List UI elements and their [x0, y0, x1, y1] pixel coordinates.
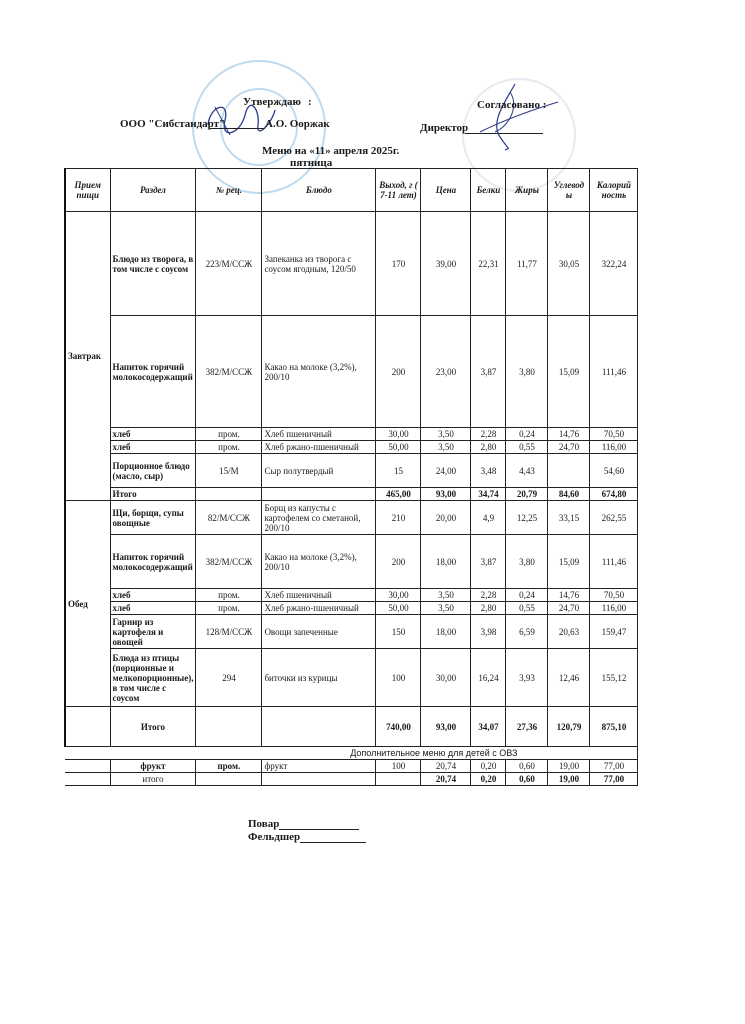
- price-cell: 18,00: [421, 615, 471, 649]
- dish-cell: Хлеб ржано-пшеничный: [262, 441, 376, 454]
- table-row: Порционное блюдо (масло, сыр)15/МСыр пол…: [65, 454, 638, 488]
- section-cell: Порционное блюдо (масло, сыр): [110, 454, 196, 488]
- lunch-section: ОбедЩи, борщи, супы овощные82/М/ССЖБорщ …: [65, 501, 638, 747]
- protein-cell: 3,87: [471, 535, 506, 589]
- table-row: хлебпром.Хлеб ржано-пшеничный50,003,502,…: [65, 602, 638, 615]
- cook-signature-line: Повар: [248, 818, 359, 830]
- yield-cell: 170: [376, 212, 421, 316]
- table-row: Гарнир из картофеля и овощей128/М/ССЖОво…: [65, 615, 638, 649]
- total-calories: 674,80: [590, 488, 638, 501]
- approve-label: Утверждаю: [243, 96, 301, 108]
- fat-cell: 0,24: [506, 428, 548, 441]
- empty-cell: [262, 488, 376, 501]
- carbs-cell: 33,15: [548, 501, 590, 535]
- total-fat: 0,60: [506, 773, 548, 786]
- carbs-cell: 24,70: [548, 441, 590, 454]
- carbs-cell: 14,76: [548, 428, 590, 441]
- empty-cell: [65, 760, 110, 773]
- table-row: ЗавтракБлюдо из творога, в том числе с с…: [65, 212, 638, 316]
- total-carbs: 84,60: [548, 488, 590, 501]
- fat-cell: 3,80: [506, 316, 548, 428]
- section-cell: Блюда из птицы (порционные и мелкопорцио…: [110, 649, 196, 707]
- recipe-cell: 382/М/ССЖ: [196, 316, 262, 428]
- yield-cell: 200: [376, 535, 421, 589]
- calories-cell: 70,50: [590, 589, 638, 602]
- dish-cell: Запеканка из творога с соусом ягодным, 1…: [262, 212, 376, 316]
- table-header-row: Прием пищи Раздел № рец. Блюдо Выход, г …: [65, 169, 638, 212]
- empty-cell: [376, 773, 421, 786]
- yield-cell: 30,00: [376, 428, 421, 441]
- section-cell: Щи, борщи, супы овощные: [110, 501, 196, 535]
- menu-title: Меню на «11» апреля 2025г.: [262, 145, 399, 157]
- calories-cell: 116,00: [590, 441, 638, 454]
- recipe-cell: 128/М/ССЖ: [196, 615, 262, 649]
- empty-cell: [196, 773, 262, 786]
- calories-cell: 70,50: [590, 428, 638, 441]
- agreed-label: Согласовано :: [477, 99, 546, 111]
- carbs-cell: [548, 454, 590, 488]
- fat-cell: 6,59: [506, 615, 548, 649]
- yield-cell: 15: [376, 454, 421, 488]
- approver-sign-line: [210, 128, 265, 129]
- breakfast-section: ЗавтракБлюдо из творога, в том числе с с…: [65, 212, 638, 501]
- dish-cell: Хлеб пшеничный: [262, 428, 376, 441]
- total-row: Итого465,0093,0034,7420,7984,60674,80: [65, 488, 638, 501]
- table-row: хлебпром.Хлеб пшеничный30,003,502,280,24…: [65, 428, 638, 441]
- empty-cell: [262, 773, 376, 786]
- carbs-cell: 24,70: [548, 602, 590, 615]
- calories-cell: 159,47: [590, 615, 638, 649]
- fat-cell: 12,25: [506, 501, 548, 535]
- price-cell: 3,50: [421, 602, 471, 615]
- total-label: Итого: [110, 488, 196, 501]
- dish-cell: Хлеб ржано-пшеничный: [262, 602, 376, 615]
- dish-cell: Борщ из капусты с картофелем со сметаной…: [262, 501, 376, 535]
- protein-cell: 2,28: [471, 428, 506, 441]
- total-fat: 20,79: [506, 488, 548, 501]
- fat-cell: 3,80: [506, 535, 548, 589]
- col-price: Цена: [421, 169, 471, 212]
- total-label: итого: [110, 773, 196, 786]
- fat-cell: 0,55: [506, 602, 548, 615]
- protein-cell: 3,98: [471, 615, 506, 649]
- col-meal: Прием пищи: [65, 169, 110, 212]
- col-dish: Блюдо: [262, 169, 376, 212]
- carbs-cell: 30,05: [548, 212, 590, 316]
- calories-cell: 111,46: [590, 316, 638, 428]
- yield-cell: 50,00: [376, 602, 421, 615]
- approver-name: А.О. Ооржак: [265, 118, 330, 130]
- carbs-cell: 14,76: [548, 589, 590, 602]
- total-yield: 740,00: [376, 707, 421, 747]
- carbs-cell: 19,00: [548, 760, 590, 773]
- price-cell: 3,50: [421, 441, 471, 454]
- price-cell: 24,00: [421, 454, 471, 488]
- empty-cell: [262, 707, 376, 747]
- empty-cell: [196, 488, 262, 501]
- carbs-cell: 15,09: [548, 535, 590, 589]
- extra-menu-section: Дополнительное меню для детей с ОВЗфрукт…: [65, 747, 638, 786]
- dish-cell: Сыр полутвердый: [262, 454, 376, 488]
- section-cell: Напиток горячий молокосодержащий: [110, 535, 196, 589]
- yield-cell: 30,00: [376, 589, 421, 602]
- medic-signature-line: Фельдшер: [248, 831, 366, 843]
- protein-cell: 3,48: [471, 454, 506, 488]
- menu-table: Прием пищи Раздел № рец. Блюдо Выход, г …: [64, 168, 638, 786]
- dish-cell: Хлеб пшеничный: [262, 589, 376, 602]
- recipe-cell: 15/М: [196, 454, 262, 488]
- table-row: Блюда из птицы (порционные и мелкопорцио…: [65, 649, 638, 707]
- empty-cell: [65, 707, 110, 747]
- total-carbs: 120,79: [548, 707, 590, 747]
- calories-cell: 54,60: [590, 454, 638, 488]
- total-row: Итого740,0093,0034,0727,36120,79875,10: [65, 707, 638, 747]
- table-row: Напиток горячий молокосодержащий382/М/СС…: [65, 535, 638, 589]
- price-cell: 20,00: [421, 501, 471, 535]
- total-fat: 27,36: [506, 707, 548, 747]
- calories-cell: 116,00: [590, 602, 638, 615]
- price-cell: 23,00: [421, 316, 471, 428]
- col-carbs: Углевод ы: [548, 169, 590, 212]
- section-cell: хлеб: [110, 589, 196, 602]
- recipe-cell: 382/М/ССЖ: [196, 535, 262, 589]
- director-signature: [470, 82, 560, 152]
- table-row: ОбедЩи, борщи, супы овощные82/М/ССЖБорщ …: [65, 501, 638, 535]
- recipe-cell: 294: [196, 649, 262, 707]
- total-yield: 465,00: [376, 488, 421, 501]
- price-cell: 3,50: [421, 428, 471, 441]
- col-recipe: № рец.: [196, 169, 262, 212]
- total-row: итого20,740,200,6019,0077,00: [65, 773, 638, 786]
- calories-cell: 155,12: [590, 649, 638, 707]
- calories-cell: 322,24: [590, 212, 638, 316]
- recipe-cell: 82/М/ССЖ: [196, 501, 262, 535]
- extra-menu-title-row: Дополнительное меню для детей с ОВЗ: [65, 747, 638, 760]
- section-cell: Гарнир из картофеля и овощей: [110, 615, 196, 649]
- col-protein: Белки: [471, 169, 506, 212]
- protein-cell: 22,31: [471, 212, 506, 316]
- protein-cell: 2,28: [471, 589, 506, 602]
- calories-cell: 262,55: [590, 501, 638, 535]
- yield-cell: 100: [376, 649, 421, 707]
- section-cell: хлеб: [110, 602, 196, 615]
- empty-cell: [196, 707, 262, 747]
- meal-name: Завтрак: [65, 212, 110, 501]
- section-cell: фрукт: [110, 760, 196, 773]
- total-carbs: 19,00: [548, 773, 590, 786]
- col-section: Раздел: [110, 169, 196, 212]
- carbs-cell: 12,46: [548, 649, 590, 707]
- price-cell: 20,74: [421, 760, 471, 773]
- empty-cell: [65, 773, 110, 786]
- recipe-cell: 223/М/ССЖ: [196, 212, 262, 316]
- fat-cell: 3,93: [506, 649, 548, 707]
- total-protein: 34,74: [471, 488, 506, 501]
- director-sign-line: [465, 133, 543, 134]
- protein-cell: 2,80: [471, 441, 506, 454]
- fat-cell: 0,24: [506, 589, 548, 602]
- recipe-cell: пром.: [196, 441, 262, 454]
- dish-cell: Какао на молоке (3,2%), 200/10: [262, 535, 376, 589]
- dish-cell: Овощи запеченные: [262, 615, 376, 649]
- calories-cell: 77,00: [590, 760, 638, 773]
- approve-colon: :: [308, 96, 312, 108]
- table-row: хлебпром.Хлеб пшеничный30,003,502,280,24…: [65, 589, 638, 602]
- table-row: хлебпром.Хлеб ржано-пшеничный50,003,502,…: [65, 441, 638, 454]
- carbs-cell: 15,09: [548, 316, 590, 428]
- price-cell: 30,00: [421, 649, 471, 707]
- total-protein: 34,07: [471, 707, 506, 747]
- price-cell: 18,00: [421, 535, 471, 589]
- calories-cell: 111,46: [590, 535, 638, 589]
- yield-cell: 150: [376, 615, 421, 649]
- total-price: 20,74: [421, 773, 471, 786]
- section-cell: хлеб: [110, 428, 196, 441]
- recipe-cell: пром.: [196, 760, 262, 773]
- section-cell: Блюдо из творога, в том числе с соусом: [110, 212, 196, 316]
- total-calories: 875,10: [590, 707, 638, 747]
- table-row: фруктпром.фрукт10020,740,200,6019,0077,0…: [65, 760, 638, 773]
- yield-cell: 200: [376, 316, 421, 428]
- yield-cell: 210: [376, 501, 421, 535]
- col-yield: Выход, г ( 7-11 лет): [376, 169, 421, 212]
- protein-cell: 3,87: [471, 316, 506, 428]
- recipe-cell: пром.: [196, 602, 262, 615]
- col-fat: Жиры: [506, 169, 548, 212]
- section-cell: хлеб: [110, 441, 196, 454]
- recipe-cell: пром.: [196, 428, 262, 441]
- table-row: Напиток горячий молокосодержащий382/М/СС…: [65, 316, 638, 428]
- cook-label: Повар: [248, 818, 279, 830]
- total-label: Итого: [110, 707, 196, 747]
- fat-cell: 11,77: [506, 212, 548, 316]
- total-price: 93,00: [421, 488, 471, 501]
- total-protein: 0,20: [471, 773, 506, 786]
- extra-menu-title: Дополнительное меню для детей с ОВЗ: [65, 747, 638, 760]
- protein-cell: 4,9: [471, 501, 506, 535]
- price-cell: 39,00: [421, 212, 471, 316]
- recipe-cell: пром.: [196, 589, 262, 602]
- carbs-cell: 20,63: [548, 615, 590, 649]
- fat-cell: 0,55: [506, 441, 548, 454]
- protein-cell: 2,80: [471, 602, 506, 615]
- fat-cell: 4,43: [506, 454, 548, 488]
- total-calories: 77,00: [590, 773, 638, 786]
- director-label: Директор: [420, 122, 468, 134]
- yield-cell: 50,00: [376, 441, 421, 454]
- medic-label: Фельдшер: [248, 831, 300, 843]
- dish-cell: биточки из курицы: [262, 649, 376, 707]
- protein-cell: 16,24: [471, 649, 506, 707]
- protein-cell: 0,20: [471, 760, 506, 773]
- price-cell: 3,50: [421, 589, 471, 602]
- total-price: 93,00: [421, 707, 471, 747]
- yield-cell: 100: [376, 760, 421, 773]
- section-cell: Напиток горячий молокосодержащий: [110, 316, 196, 428]
- meal-name: Обед: [65, 501, 110, 707]
- col-calories: Калорий ность: [590, 169, 638, 212]
- dish-cell: Какао на молоке (3,2%), 200/10: [262, 316, 376, 428]
- dish-cell: фрукт: [262, 760, 376, 773]
- fat-cell: 0,60: [506, 760, 548, 773]
